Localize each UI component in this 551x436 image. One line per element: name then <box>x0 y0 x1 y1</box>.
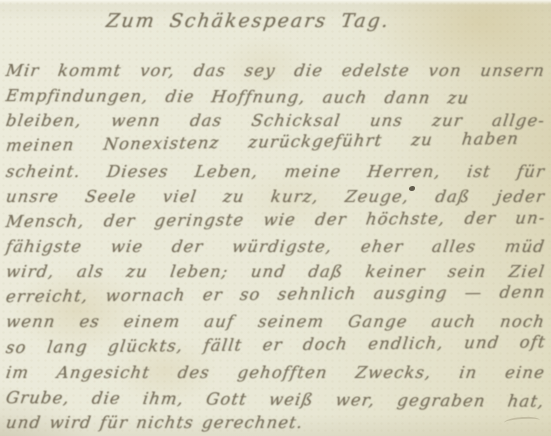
manuscript-line: im Angesicht des gehofften Zwecks, in ei… <box>4 360 547 385</box>
manuscript-line: Empfindungen, die Hoffnung, auch dann zu <box>4 83 471 111</box>
manuscript-line: scheint. Dieses Leben, meine Herren, ist… <box>4 159 547 184</box>
manuscript-line: so lang glückts, fällt er doch endlich, … <box>4 329 547 360</box>
manuscript-line: meinen Nonexistenz zurückgeführt zu habe… <box>4 126 520 158</box>
manuscript-body: Mir kommt vor, das sey die edelste von u… <box>6 58 545 435</box>
manuscript-line: Mensch, der geringste wie der höchste, d… <box>4 205 547 234</box>
manuscript-line: erreicht, wornach er so sehnlich ausging… <box>4 280 547 310</box>
manuscript-line: und wird für nichts gerechnet. <box>4 410 342 435</box>
manuscript-line: fähigste wie der würdigste, eher alles m… <box>4 234 547 259</box>
manuscript-line: Mir kommt vor, das sey die edelste von u… <box>4 58 547 83</box>
manuscript-page: Zum Schäkespears Tag. Mir kommt vor, das… <box>0 0 551 436</box>
manuscript-title: Zum Schäkespears Tag. <box>3 10 490 54</box>
handwriting-layer: Zum Schäkespears Tag. Mir kommt vor, das… <box>0 0 551 436</box>
